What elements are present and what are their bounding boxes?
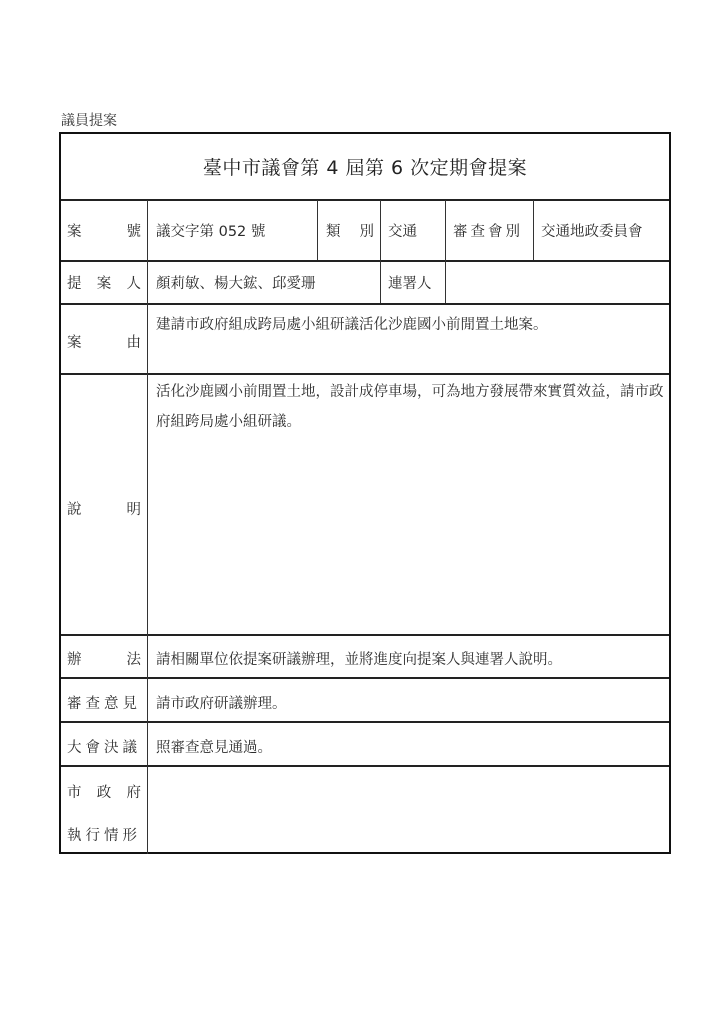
column-divider (317, 200, 318, 260)
label-char: 案 (97, 272, 112, 293)
label-char: 案 (67, 220, 82, 241)
cosigner-label: 連署人 (388, 272, 432, 293)
assembly-resolution-label: 大會決議 (67, 736, 141, 757)
label-char: 由 (127, 331, 142, 352)
column-divider (533, 200, 534, 260)
assembly-resolution-value: 照審查意見通過。 (156, 736, 272, 757)
row-divider (61, 677, 669, 679)
label-char: 政 (97, 781, 112, 802)
proposer-label: 提案人 (67, 272, 141, 293)
review-opinion-value: 請市政府研議辦理。 (156, 692, 287, 713)
document-header-label: 議員提案 (61, 110, 117, 130)
label-char: 說 (67, 498, 82, 519)
row-divider (61, 260, 669, 262)
gov-execution-label-line2: 執行情形 (67, 824, 141, 845)
proposer-value: 顏莉敏、楊大鋐、邱愛珊 (156, 272, 316, 293)
form-title: 臺中市議會第 4 屆第 6 次定期會提案 (61, 134, 669, 199)
row-divider (61, 199, 669, 201)
label-char: 府 (127, 781, 142, 802)
category-value: 交通 (388, 220, 417, 241)
label-char: 提 (67, 272, 82, 293)
review-committee-label: 審查會別 (453, 220, 523, 241)
review-committee-value: 交通地政委員會 (541, 220, 643, 241)
gov-execution-label-line1: 市政府 (67, 781, 141, 802)
proposal-form-table: 臺中市議會第 4 屆第 6 次定期會提案 案號 議交字第 052 號 類別 交通… (59, 132, 671, 854)
row-divider (61, 303, 669, 305)
category-label: 類別 (326, 220, 374, 241)
reason-label: 案由 (67, 331, 141, 352)
label-char: 辦 (67, 648, 82, 669)
label-char: 法 (127, 648, 142, 669)
case-no-label: 案號 (67, 220, 141, 241)
row-divider (61, 765, 669, 767)
label-char: 市 (67, 781, 82, 802)
row-divider (61, 721, 669, 723)
case-no-value: 議交字第 052 號 (156, 220, 265, 241)
method-value: 請相關單位依提案研議辦理，並將進度向提案人與連署人說明。 (156, 648, 562, 669)
column-divider (380, 200, 381, 303)
review-opinion-label: 審查意見 (67, 692, 141, 713)
label-char: 案 (67, 331, 82, 352)
column-divider (445, 200, 446, 303)
method-label: 辦法 (67, 648, 141, 669)
column-divider (147, 200, 148, 854)
label-char: 別 (360, 220, 375, 241)
label-char: 類 (326, 220, 341, 241)
reason-value: 建請市政府組成跨局處小組研議活化沙鹿國小前閒置土地案。 (156, 310, 668, 340)
explanation-value: 活化沙鹿國小前閒置土地，設計成停車場，可為地方發展帶來實質效益，請市政府組跨局處… (156, 377, 670, 437)
row-divider (61, 373, 669, 375)
label-char: 明 (127, 498, 142, 519)
row-divider (61, 634, 669, 636)
label-char: 號 (127, 220, 142, 241)
explanation-label: 說明 (67, 498, 141, 519)
label-char: 人 (127, 272, 142, 293)
